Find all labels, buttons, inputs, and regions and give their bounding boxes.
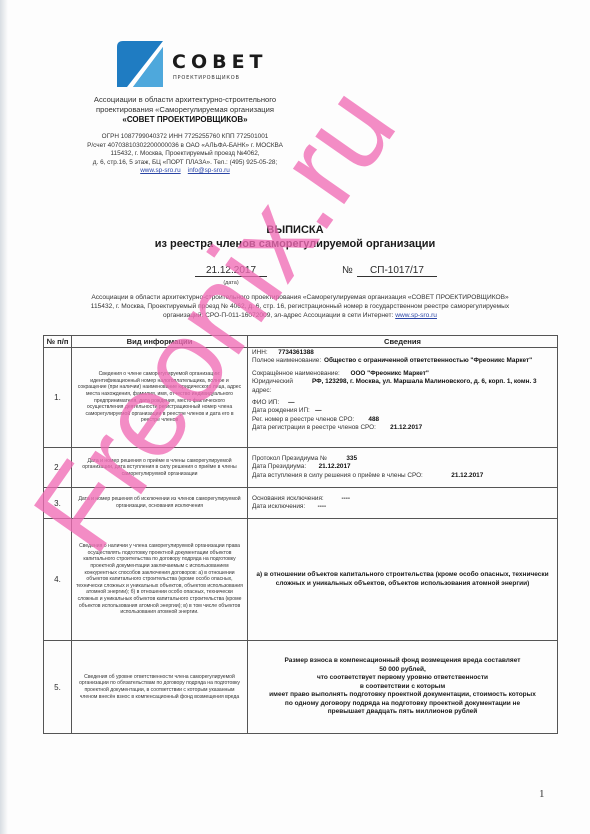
row-info: а) в отношении объектов капитального стр… bbox=[248, 519, 558, 641]
logo-mark-icon bbox=[117, 41, 163, 87]
row-kind: Сведения о члене саморегулируемой органи… bbox=[72, 348, 248, 448]
document-date: 21.12.2017 bbox=[195, 265, 267, 277]
effective-date-value: 21.12.2017 bbox=[451, 472, 483, 479]
assoc-website-link[interactable]: www.sp-sro.ru bbox=[395, 312, 437, 319]
requisites-line: д. 6, стр.16, 5 этаж, БЦ «ПОРТ ПЛАЗА». Т… bbox=[65, 159, 305, 168]
document-subtitle: из реестра членов саморегулируемой орган… bbox=[0, 238, 590, 250]
field-label: ИНН: bbox=[252, 349, 268, 356]
table-row: 3. Дата и номер решения об исключении из… bbox=[44, 488, 558, 519]
org-line: Ассоциации в области архитектурно-строит… bbox=[70, 95, 300, 105]
row-info: Размер взноса в компенсационный фонд воз… bbox=[248, 641, 558, 734]
requisites-line: 115432, г. Москва, Проектируемый проезд … bbox=[65, 150, 305, 159]
table-row: 5. Сведения об уровне ответственности чл… bbox=[44, 641, 558, 734]
info-line: что соответствует первому уровню ответст… bbox=[252, 674, 553, 683]
protocol-value: 335 bbox=[346, 455, 357, 462]
field-label: Основания исключения: bbox=[252, 495, 324, 502]
field-label: Полное наименование: bbox=[252, 357, 324, 365]
address-value: РФ, 123298, г. Москва, ул. Маршала Малин… bbox=[312, 378, 537, 395]
logo-subtitle: ПРОЕКТИРОВЩИКОВ bbox=[173, 75, 240, 81]
row-num: 3. bbox=[44, 488, 72, 519]
reg-number-value: 488 bbox=[368, 416, 379, 423]
row-kind: Дата и номер решения о приёме в члены са… bbox=[72, 448, 248, 488]
sovet-logo: СОВЕТ ПРОЕКТИРОВЩИКОВ bbox=[117, 41, 277, 91]
field-label: Протокол Президиума № bbox=[252, 455, 327, 462]
document-number: СП-1017/17 bbox=[357, 265, 437, 277]
field-label: Дата регистрации в реестре членов СРО: bbox=[252, 424, 376, 431]
row-num: 4. bbox=[44, 519, 72, 641]
page-number: 1 bbox=[539, 788, 545, 800]
org-line: проектирования «Саморегулируемая организ… bbox=[70, 105, 300, 115]
field-label: Дата исключения: bbox=[252, 503, 305, 510]
scan-edge-shadow bbox=[0, 0, 8, 834]
field-label: Дата Президиума: bbox=[252, 463, 306, 470]
row-info: Основания исключения: ---- Дата исключен… bbox=[248, 488, 558, 519]
date-caption: (дата) bbox=[195, 280, 267, 286]
row-num: 5. bbox=[44, 641, 72, 734]
assoc-line: Ассоциации в области архитектурно-строит… bbox=[40, 293, 560, 302]
header-num: № п/п bbox=[44, 336, 72, 348]
row-kind: Дата и номер решения об исключении из чл… bbox=[72, 488, 248, 519]
org-name-block: Ассоциации в области архитектурно-строит… bbox=[70, 95, 300, 125]
table-row: 2. Дата и номер решения о приёме в члены… bbox=[44, 448, 558, 488]
field-label: Юридический адрес: bbox=[252, 378, 312, 395]
short-name-value: ООО "Фреоникс Маркет" bbox=[350, 370, 428, 377]
exclusion-date-value: ---- bbox=[318, 503, 327, 510]
row-info: ИНН: 7734361388 Полное наименование:Обще… bbox=[248, 348, 558, 448]
info-line: имеет право выполнять подготовку проектн… bbox=[252, 691, 553, 700]
field-label: Дата рождения ИП: bbox=[252, 407, 310, 414]
table-header-row: № п/п Вид информации Сведения bbox=[44, 336, 558, 348]
reg-date-value: 21.12.2017 bbox=[390, 424, 422, 431]
website-link[interactable]: www.sp-sro.ru bbox=[140, 167, 180, 174]
number-sign: № bbox=[342, 265, 353, 276]
info-line: Размер взноса в компенсационный фонд воз… bbox=[252, 657, 553, 666]
field-label: Дата вступления в силу решения о приёме … bbox=[252, 472, 423, 479]
email-link[interactable]: info@sp-sro.ru bbox=[188, 167, 230, 174]
field-label: ФИО ИП: bbox=[252, 399, 279, 406]
logo-word: СОВЕТ bbox=[172, 51, 268, 73]
info-line: превышает двадцать пять миллионов рублей bbox=[252, 708, 553, 717]
table-row: 1. Сведения о члене саморегулируемой орг… bbox=[44, 348, 558, 448]
inn-value: 7734361388 bbox=[278, 349, 314, 356]
exclusion-reason-value: ---- bbox=[341, 495, 350, 502]
birth-value: — bbox=[315, 407, 321, 414]
row-num: 1. bbox=[44, 348, 72, 448]
table-row: 4. Сведения о наличии у члена саморегули… bbox=[44, 519, 558, 641]
assoc-line: 115432, г. Москва, Проектируемый проезд … bbox=[40, 302, 560, 311]
full-name-value: Общество с ограниченной ответственностью… bbox=[324, 357, 532, 365]
document-title: ВЫПИСКА bbox=[0, 224, 590, 236]
requisites-line: Р/счет 40703810302200000036 в ОАО «АЛЬФА… bbox=[65, 142, 305, 151]
requisites-line: ОГРН 1087799040372 ИНН 7725255760 КПП 77… bbox=[65, 133, 305, 142]
row-kind: Сведения о наличии у члена саморегулируе… bbox=[72, 519, 248, 641]
header-kind: Вид информации bbox=[72, 336, 248, 348]
info-line: в соответствии с которым bbox=[252, 683, 553, 692]
row-info: Протокол Президиума № 335 Дата Президиум… bbox=[248, 448, 558, 488]
org-name-bold: «СОВЕТ ПРОЕКТИРОВЩИКОВ» bbox=[70, 115, 300, 125]
field-label: Сокращённое наименование: bbox=[252, 370, 340, 377]
row-num: 2. bbox=[44, 448, 72, 488]
presidium-date-value: 21.12.2017 bbox=[319, 463, 351, 470]
header-info: Сведения bbox=[248, 336, 558, 348]
assoc-line: организаций: СРО-П-011-16072009, эл-адре… bbox=[163, 312, 393, 319]
fio-value: — bbox=[288, 399, 294, 406]
requisites-block: ОГРН 1087799040372 ИНН 7725255760 КПП 77… bbox=[65, 133, 305, 176]
row-kind: Сведения об уровне ответственности члена… bbox=[72, 641, 248, 734]
association-info: Ассоциации в области архитектурно-строит… bbox=[40, 293, 560, 320]
field-label: Рег. номер в реестре членов СРО: bbox=[252, 416, 354, 423]
info-line: 50 000 рублей, bbox=[252, 666, 553, 675]
registry-table: № п/п Вид информации Сведения 1. Сведени… bbox=[43, 335, 558, 734]
